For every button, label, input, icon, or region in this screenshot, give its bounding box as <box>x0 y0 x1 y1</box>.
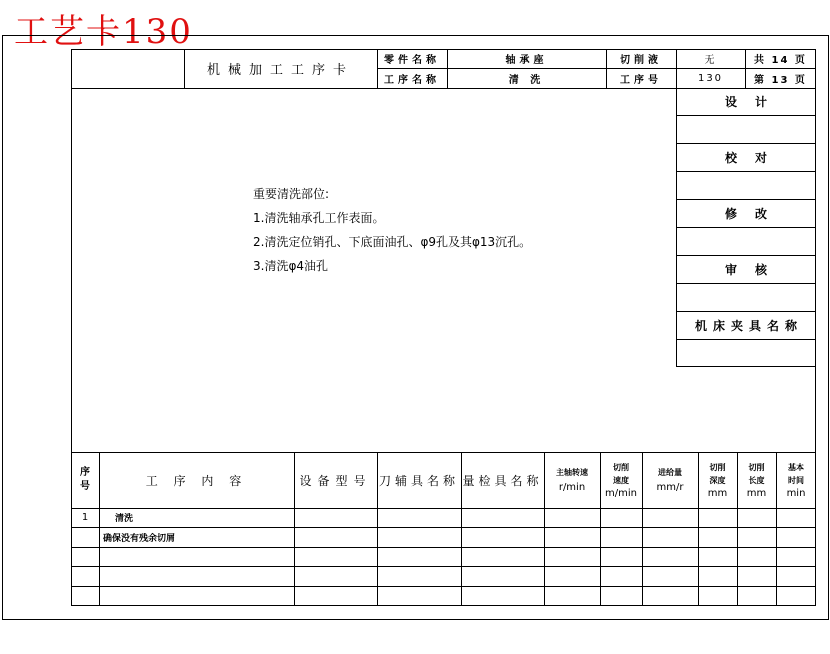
process-name-label: 工序名称 <box>377 68 447 88</box>
th-base-time-label: 基本时间 <box>787 461 805 487</box>
check-label: 校对 <box>676 143 816 171</box>
process-no-label: 工序号 <box>606 68 676 88</box>
card-title: 机械加工工序卡 <box>184 49 377 88</box>
row-2-content[interactable]: 确保没有残余切屑 <box>99 527 294 547</box>
row-5-content[interactable] <box>99 586 294 605</box>
th-cut-length-label: 切削长度 <box>748 461 766 487</box>
side-panel-bottom <box>676 366 816 367</box>
th-cut-depth-unit: mm <box>708 487 727 500</box>
row-1-seq: 1 <box>71 508 99 527</box>
th-base-time: 基本时间 min <box>776 452 816 508</box>
cleaning-notes: 重要清洗部位: 1.清洗轴承孔工作表面。 2.清洗定位销孔、下底面油孔、φ9孔及… <box>253 182 531 278</box>
th-gauge-name: 量检具名称 <box>461 452 544 508</box>
notes-heading: 重要清洗部位: <box>253 182 531 206</box>
row-2-seq <box>71 527 99 547</box>
th-feed-unit: mm/r <box>657 480 684 495</box>
th-base-time-unit: min <box>787 487 806 500</box>
fixture-name-label: 机床夹具名称 <box>676 311 816 339</box>
revise-label: 修改 <box>676 199 816 227</box>
th-spindle-speed-label: 主轴转速 <box>556 465 588 480</box>
th-cut-length: 切削长度 mm <box>737 452 776 508</box>
part-name-value: 轴承座 <box>447 49 606 68</box>
th-spindle-speed: 主轴转速 r/min <box>544 452 600 508</box>
part-name-label: 零件名称 <box>377 49 447 68</box>
th-tool-name: 刀辅具名称 <box>377 452 461 508</box>
process-no-value: 130 <box>676 68 745 88</box>
note-item: 3.清洗φ4油孔 <box>253 254 531 278</box>
process-name-value: 清 洗 <box>447 68 606 88</box>
th-equipment-model: 设备型号 <box>294 452 377 508</box>
page-number: 第 13 页 <box>745 68 816 88</box>
th-cut-depth-label: 切削深度 <box>709 461 727 487</box>
cutting-fluid-value: 无 <box>676 49 745 68</box>
row-3-content[interactable] <box>99 547 294 566</box>
th-process-content: 工 序 内 容 <box>99 452 294 508</box>
check-signature-field[interactable] <box>676 171 816 199</box>
total-pages: 共 14 页 <box>745 49 816 68</box>
th-cutting-speed: 切削速度 m/min <box>600 452 642 508</box>
cutting-fluid-label: 切削液 <box>606 49 676 68</box>
th-feed: 进给量 mm/r <box>642 452 698 508</box>
th-spindle-speed-unit: r/min <box>559 480 585 495</box>
revise-signature-field[interactable] <box>676 227 816 255</box>
note-item: 1.清洗轴承孔工作表面。 <box>253 206 531 230</box>
fixture-name-field[interactable] <box>676 339 816 366</box>
th-cut-length-unit: mm <box>747 487 766 500</box>
row-1-content[interactable]: 清洗 <box>99 508 294 527</box>
review-signature-field[interactable] <box>676 283 816 311</box>
th-seq-line2: 号 <box>80 480 90 494</box>
note-item: 2.清洗定位销孔、下底面油孔、φ9孔及其φ13沉孔。 <box>253 230 531 254</box>
th-seq-line1: 序 <box>80 466 90 480</box>
row-4-content[interactable] <box>99 566 294 586</box>
design-signature-field[interactable] <box>676 115 816 143</box>
th-cutting-speed-unit: m/min <box>605 487 637 500</box>
th-seq: 序 号 <box>71 452 99 508</box>
th-feed-label: 进给量 <box>658 465 682 480</box>
review-label: 审核 <box>676 255 816 283</box>
design-label: 设计 <box>676 88 816 115</box>
th-cutting-speed-label: 切削速度 <box>611 461 631 487</box>
th-cut-depth: 切削深度 mm <box>698 452 737 508</box>
